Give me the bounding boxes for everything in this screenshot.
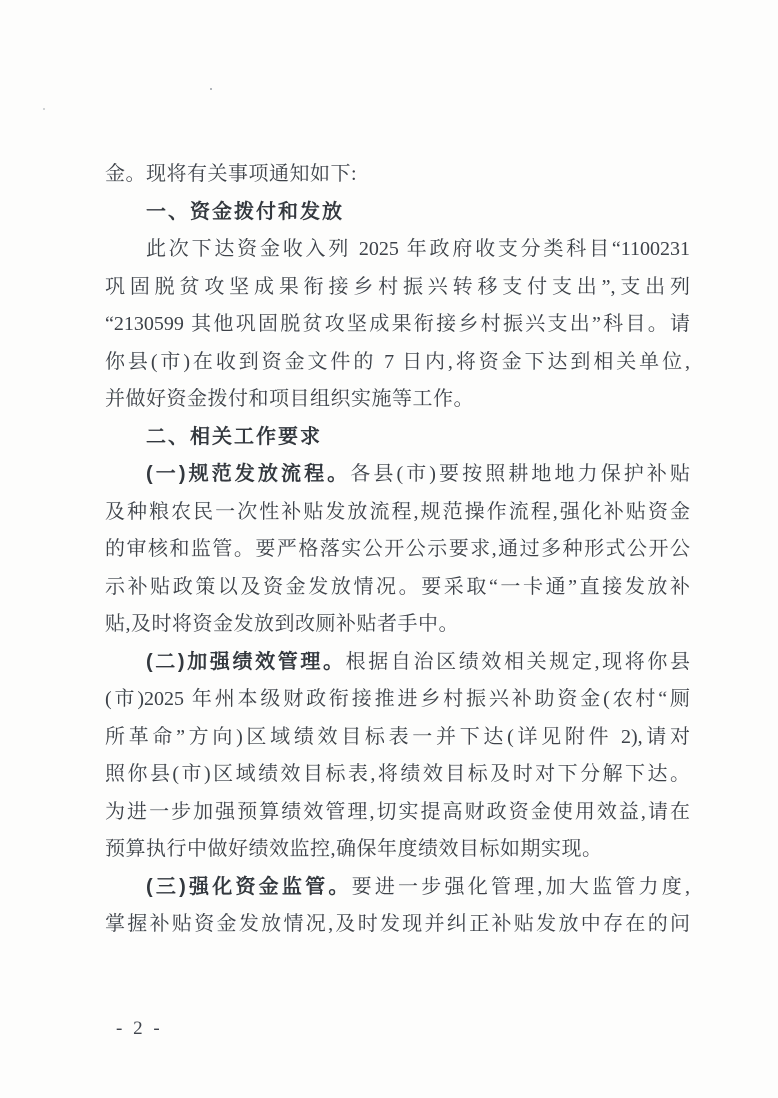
text-line: (市)2025 年州本级财政衔接推进乡村振兴补助资金(农村“厕 bbox=[105, 681, 690, 719]
text-line: “2130599 其他巩固脱贫攻坚成果衔接乡村振兴支出”科目。请 bbox=[105, 306, 690, 344]
text-line: 贴,及时将资金发放到改厕补贴者手中。 bbox=[105, 606, 690, 644]
text-run: 根据自治区绩效相关规定,现将你县 bbox=[346, 651, 690, 673]
section-heading-1: 一、资金拨付和发放 bbox=[105, 194, 690, 232]
text-line: 的审核和监管。要严格落实公开公示要求,通过多种形式公开公 bbox=[105, 531, 690, 569]
paragraph-lead: (二)加强绩效管理。 bbox=[146, 651, 346, 673]
text-line: (一)规范发放流程。各县(市)要按照耕地地力保护补贴 bbox=[105, 456, 690, 494]
text-line: 照你县(市)区域绩效目标表,将绩效目标及时对下分解下达。 bbox=[105, 756, 690, 794]
document-body: 金。现将有关事项通知如下: 一、资金拨付和发放 此次下达资金收入列 2025 年… bbox=[105, 156, 690, 944]
text-line: 此次下达资金收入列 2025 年政府收支分类科目“1100231 bbox=[105, 231, 690, 269]
text-run: 各县(市)要按照耕地地力保护补贴 bbox=[350, 463, 690, 485]
text-line: 预算执行中做好绩效监控,确保年度绩效目标如期实现。 bbox=[105, 831, 690, 869]
text-line: 为进一步加强预算绩效管理,切实提高财政资金使用效益,请在 bbox=[105, 794, 690, 832]
document-page: 金。现将有关事项通知如下: 一、资金拨付和发放 此次下达资金收入列 2025 年… bbox=[0, 0, 778, 1098]
paragraph-lead: (一)规范发放流程。 bbox=[146, 463, 350, 485]
text-line: 示补贴政策以及资金发放情况。要采取“一卡通”直接发放补 bbox=[105, 569, 690, 607]
text-line: 金。现将有关事项通知如下: bbox=[105, 156, 690, 194]
text-line: 你县(市)在收到资金文件的 7 日内,将资金下达到相关单位, bbox=[105, 344, 690, 382]
text-line: 所革命”方向)区域绩效目标表一并下达(详见附件 2),请对 bbox=[105, 719, 690, 757]
text-run: 要进一步强化管理,加大监管力度, bbox=[352, 876, 690, 898]
text-line: 掌握补贴资金发放情况,及时发现并纠正补贴发放中存在的问 bbox=[105, 906, 690, 944]
text-line: 巩固脱贫攻坚成果衔接乡村振兴转移支付支出”,支出列 bbox=[105, 269, 690, 307]
scan-speck bbox=[210, 88, 212, 90]
scan-speck bbox=[43, 108, 45, 110]
text-line: (三)强化资金监管。要进一步强化管理,加大监管力度, bbox=[105, 869, 690, 907]
text-line: (二)加强绩效管理。根据自治区绩效相关规定,现将你县 bbox=[105, 644, 690, 682]
page-number: - 2 - bbox=[116, 1018, 163, 1040]
paragraph-lead: (三)强化资金监管。 bbox=[146, 876, 352, 898]
text-line: 及种粮农民一次性补贴发放流程,规范操作流程,强化补贴资金 bbox=[105, 494, 690, 532]
section-heading-2: 二、相关工作要求 bbox=[105, 419, 690, 457]
text-line: 并做好资金拨付和项目组织实施等工作。 bbox=[105, 381, 690, 419]
